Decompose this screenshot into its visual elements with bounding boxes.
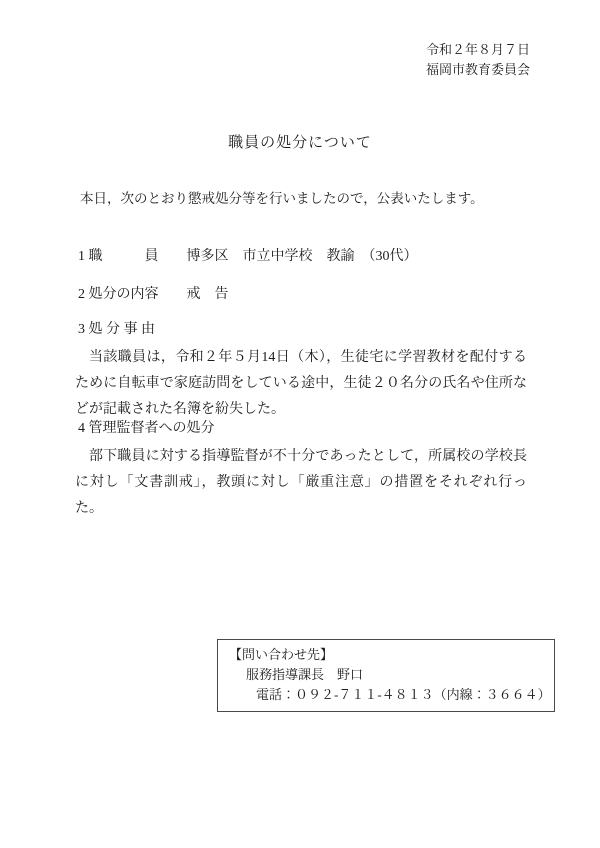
item-supervisors-heading: 4 管理監督者への処分 — [78, 418, 527, 440]
item-supervisors-body: 部下職員に対する指導監督が不十分であったとして，所属校の学校長に対し「文書訓戒」… — [75, 444, 527, 522]
item-reason-body: 当該職員は，令和２年５月14日（木），生徒宅に学習教材を配付するために自転車で家… — [75, 345, 527, 423]
item-disposition-heading: 2 処分の内容 戒 告 — [78, 284, 229, 306]
contact-heading: 【問い合わせ先】 — [218, 645, 548, 665]
item-staff: 1 職 員 博多区 市立中学校 教諭 （30代） — [78, 246, 418, 268]
page-title: 職員の処分について — [0, 131, 600, 152]
item-staff-heading: 1 職 員 博多区 市立中学校 教諭 （30代） — [78, 246, 418, 268]
intro-paragraph: 本日，次のとおり懲戒処分等を行いましたので，公表いたします。 — [80, 187, 484, 207]
item-supervisors: 4 管理監督者への処分 部下職員に対する指導監督が不十分であったとして，所属校の… — [78, 418, 527, 522]
item-disposition: 2 処分の内容 戒 告 — [78, 284, 229, 306]
document-header: 令和２年８月７日 福岡市教育委員会 — [426, 40, 530, 80]
item-reason: 3 処 分 事 由 当該職員は，令和２年５月14日（木），生徒宅に学習教材を配付… — [78, 319, 527, 423]
contact-box: 【問い合わせ先】 服務指導課長 野口 電話：０９２-７１１-４８１３（内線：３６… — [217, 639, 555, 712]
document-page: 令和２年８月７日 福岡市教育委員会 職員の処分について 本日，次のとおり懲戒処分… — [0, 0, 600, 848]
contact-person: 服務指導課長 野口 — [218, 665, 548, 685]
document-organization: 福岡市教育委員会 — [426, 60, 530, 80]
contact-phone: 電話：０９２-７１１-４８１３（内線：３６６４） — [218, 685, 548, 705]
document-date: 令和２年８月７日 — [426, 40, 530, 60]
item-reason-heading: 3 処 分 事 由 — [78, 319, 527, 341]
